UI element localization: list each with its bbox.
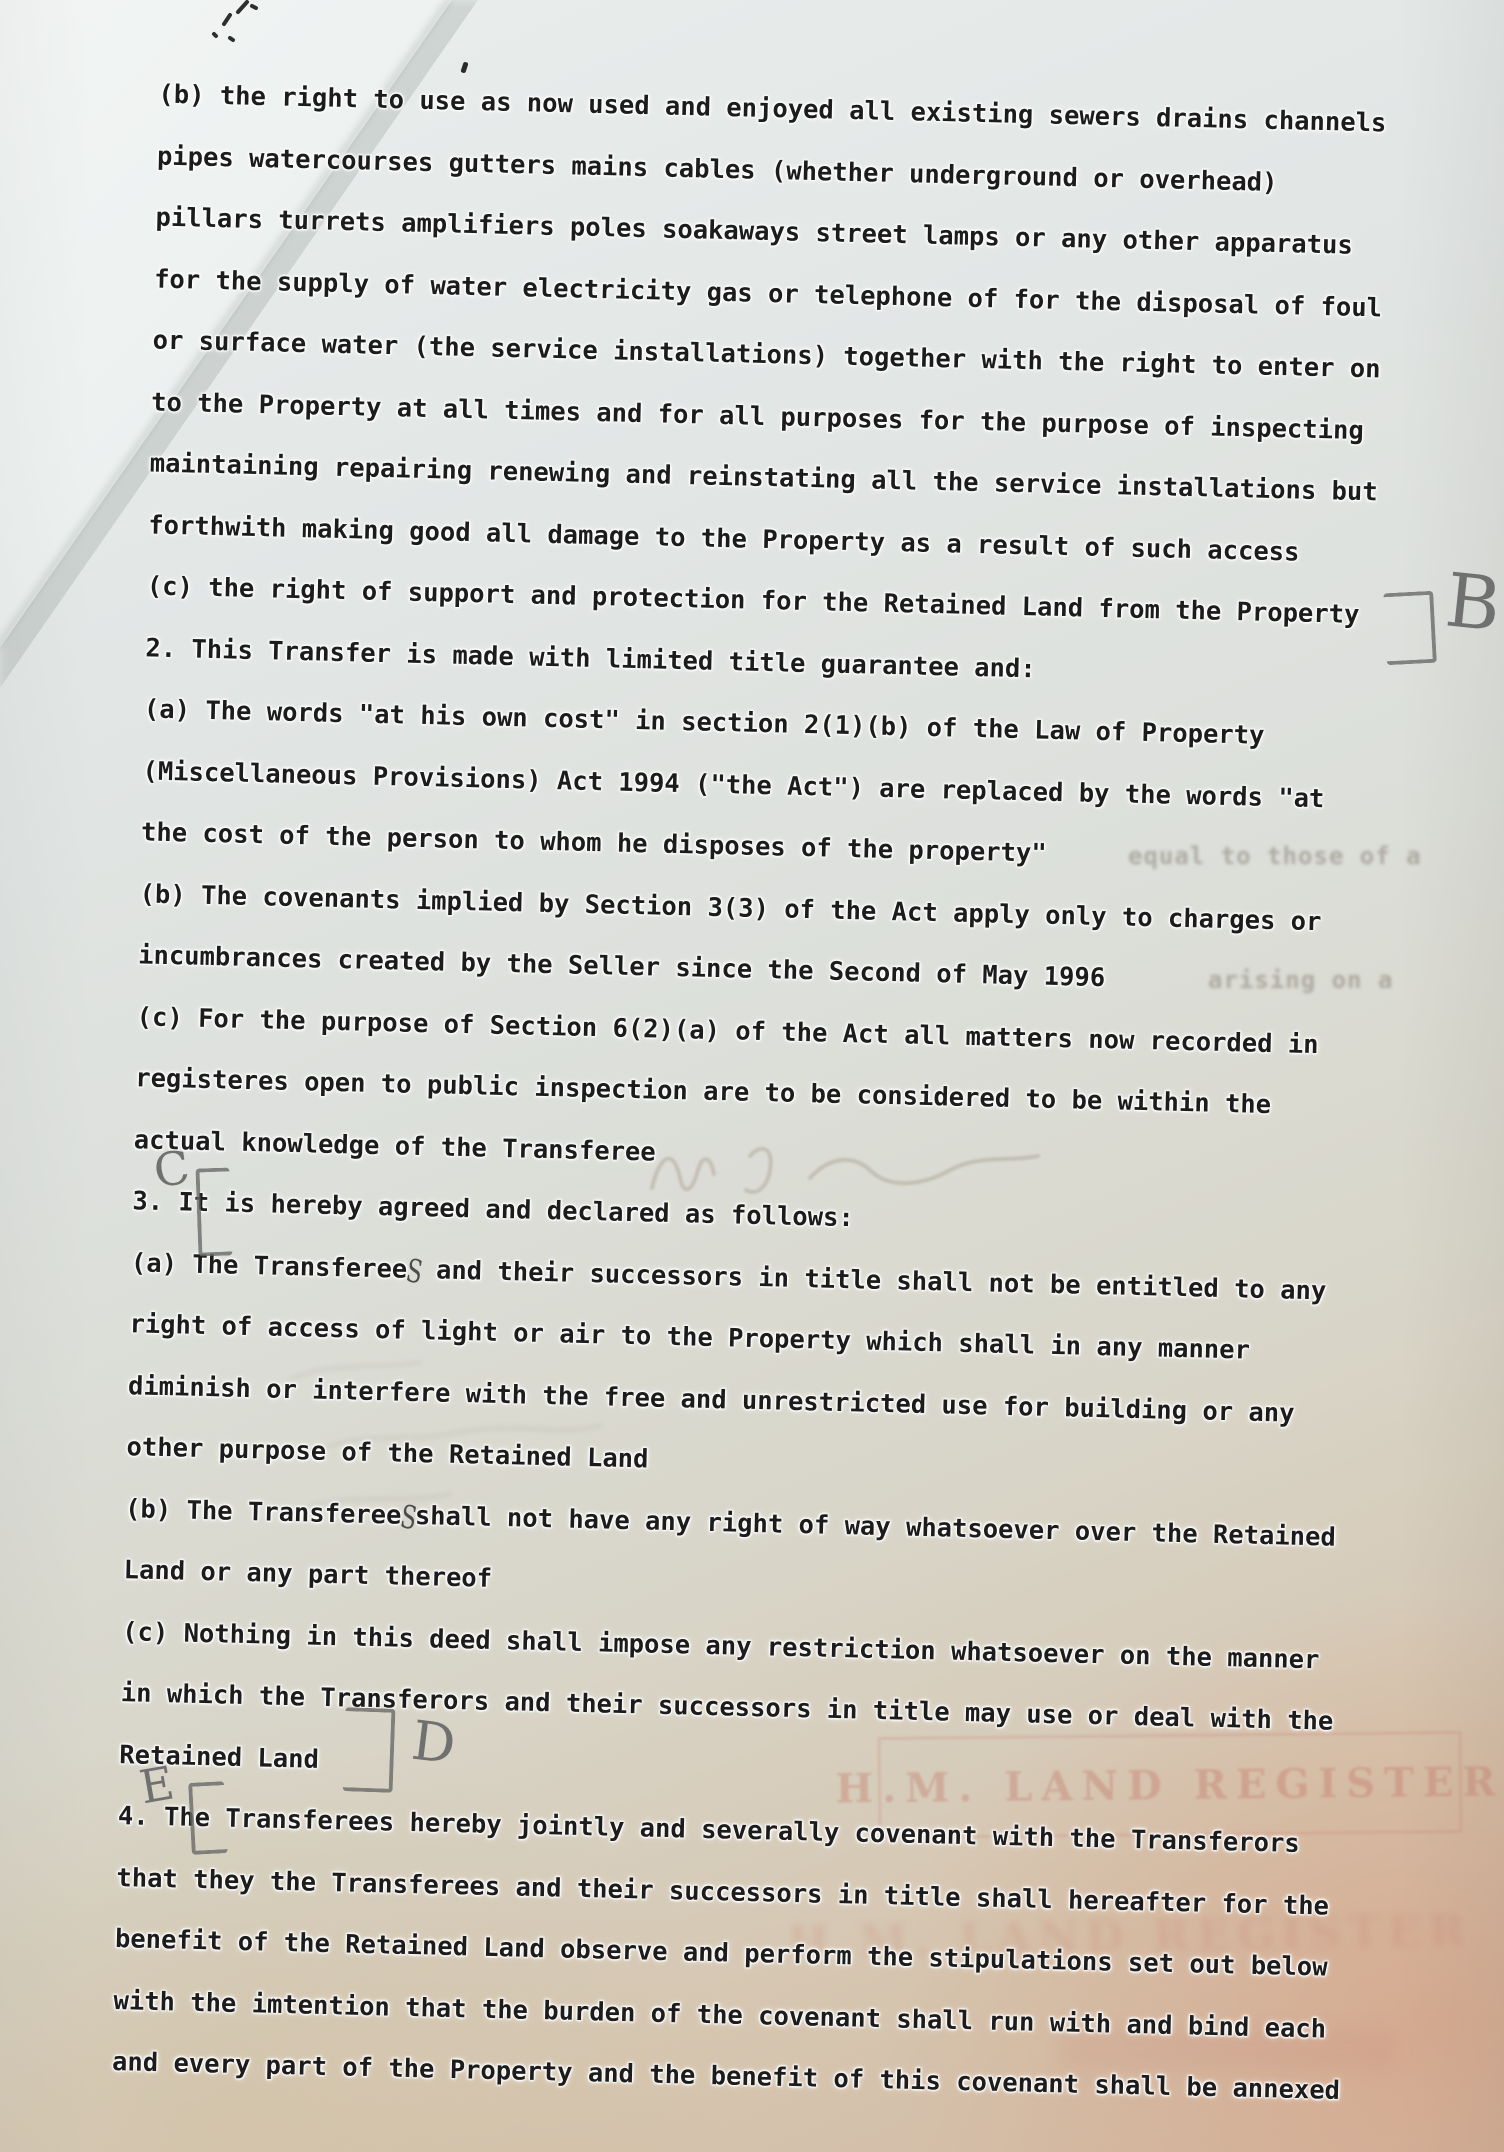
page: equal to those of a arising on a H.M. LA…: [0, 0, 1504, 2152]
typed-segment: and their successors in title shall not …: [420, 1255, 1326, 1306]
handwritten-letter-d: D: [409, 1714, 459, 1773]
handwritten-bracket-c: [195, 1167, 232, 1256]
typed-segment: (a) The Transferee: [131, 1248, 408, 1285]
handwritten-bracket-b: [1383, 591, 1437, 666]
handwritten-bracket-d: [343, 1707, 396, 1793]
handwritten-letter-b: B: [1442, 563, 1504, 642]
handwritten-letter-c: C: [151, 1144, 192, 1194]
typed-segment: (b) The Transferee: [125, 1494, 402, 1531]
handwritten-bracket-e: [188, 1781, 228, 1855]
typed-segment: shall not have any right of way whatsoev…: [415, 1501, 1337, 1553]
typed-text: (b) the right to use as now used and enj…: [1, 0, 1504, 2129]
